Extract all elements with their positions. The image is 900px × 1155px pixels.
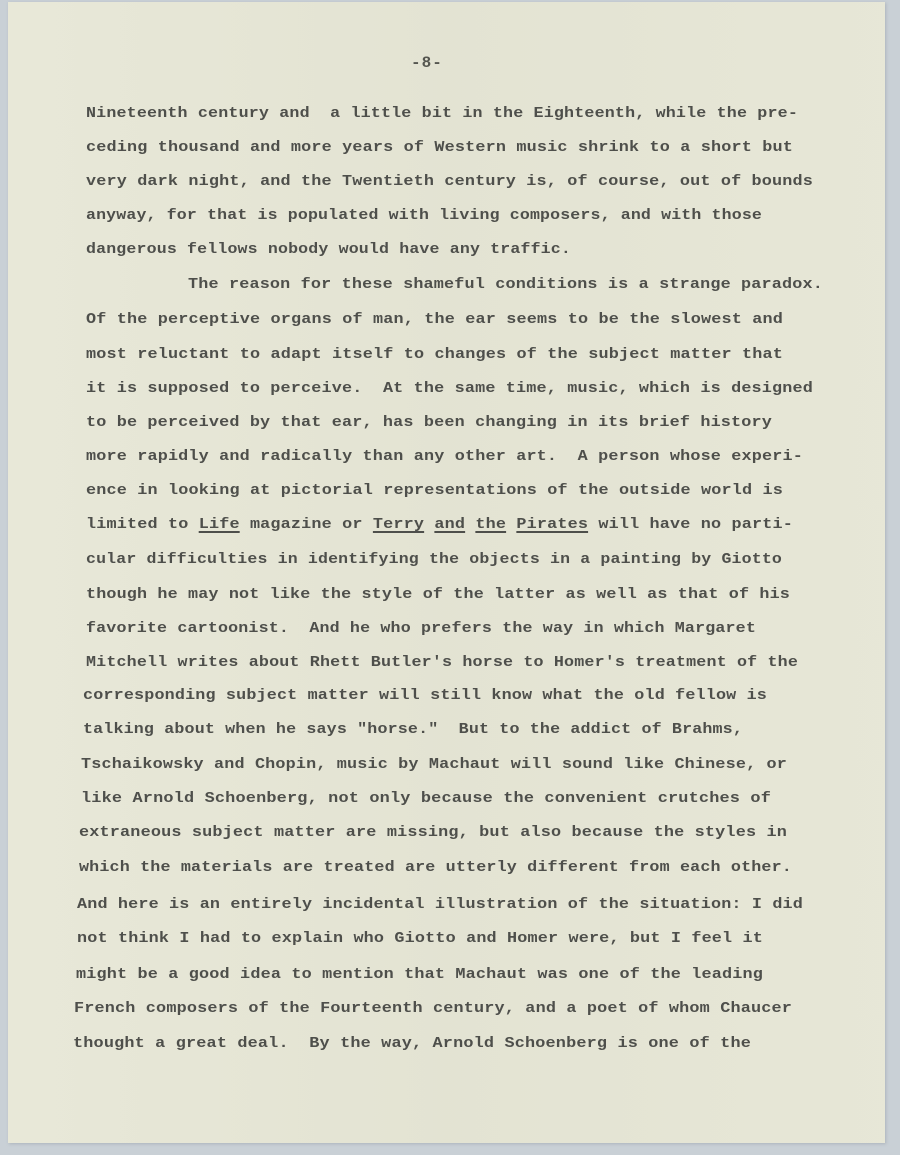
text-line: to be perceived by that ear, has been ch… [86,413,772,431]
page-number: -8- [411,54,443,72]
text-line: extraneous subject matter are missing, b… [79,823,787,841]
text-line: limited to Life magazine or Terry and th… [86,515,793,533]
text-line: Of the perceptive organs of man, the ear… [86,310,783,328]
underlined-title: the [475,515,506,533]
text-segment: limited to [86,515,199,533]
text-line: ceding thousand and more years of Wester… [86,138,793,156]
underlined-title: and [434,515,465,533]
text-line: not think I had to explain who Giotto an… [77,929,763,947]
text-segment [465,515,475,533]
text-segment: will have no parti- [588,515,793,533]
text-line: ence in looking at pictorial representat… [86,481,783,499]
text-line: thought a great deal. By the way, Arnold… [73,1034,751,1052]
text-line: very dark night, and the Twentieth centu… [86,172,813,190]
text-line: The reason for these shameful conditions… [188,275,823,293]
text-segment [506,515,516,533]
text-line: like Arnold Schoenberg, not only because… [81,789,771,807]
text-line: Nineteenth century and a little bit in t… [86,104,798,122]
text-line: Tschaikowsky and Chopin, music by Machau… [81,755,787,773]
underlined-title: Pirates [516,515,588,533]
text-line: talking about when he says "horse." But … [83,720,743,738]
text-line: corresponding subject matter will still … [83,686,767,704]
text-line: though he may not like the style of the … [86,585,790,603]
text-line: And here is an entirely incidental illus… [77,895,803,913]
text-line: Mitchell writes about Rhett Butler's hor… [86,653,798,671]
typewritten-page: -8- Nineteenth century and a little bit … [8,2,885,1143]
underlined-title: Life [199,515,240,533]
text-line: favorite cartoonist. And he who prefers … [86,619,756,637]
text-line: anyway, for that is populated with livin… [86,206,762,224]
text-line: most reluctant to adapt itself to change… [86,345,783,363]
text-line: dangerous fellows nobody would have any … [86,240,571,258]
text-line: it is supposed to perceive. At the same … [86,379,813,397]
underlined-title: Terry [373,515,424,533]
text-segment [424,515,434,533]
text-line: more rapidly and radically than any othe… [86,447,803,465]
text-line: French composers of the Fourteenth centu… [74,999,792,1017]
text-segment: magazine or [240,515,373,533]
text-line: might be a good idea to mention that Mac… [76,965,763,983]
text-line: cular difficulties in identifying the ob… [86,550,782,568]
text-line: which the materials are treated are utte… [79,858,792,876]
